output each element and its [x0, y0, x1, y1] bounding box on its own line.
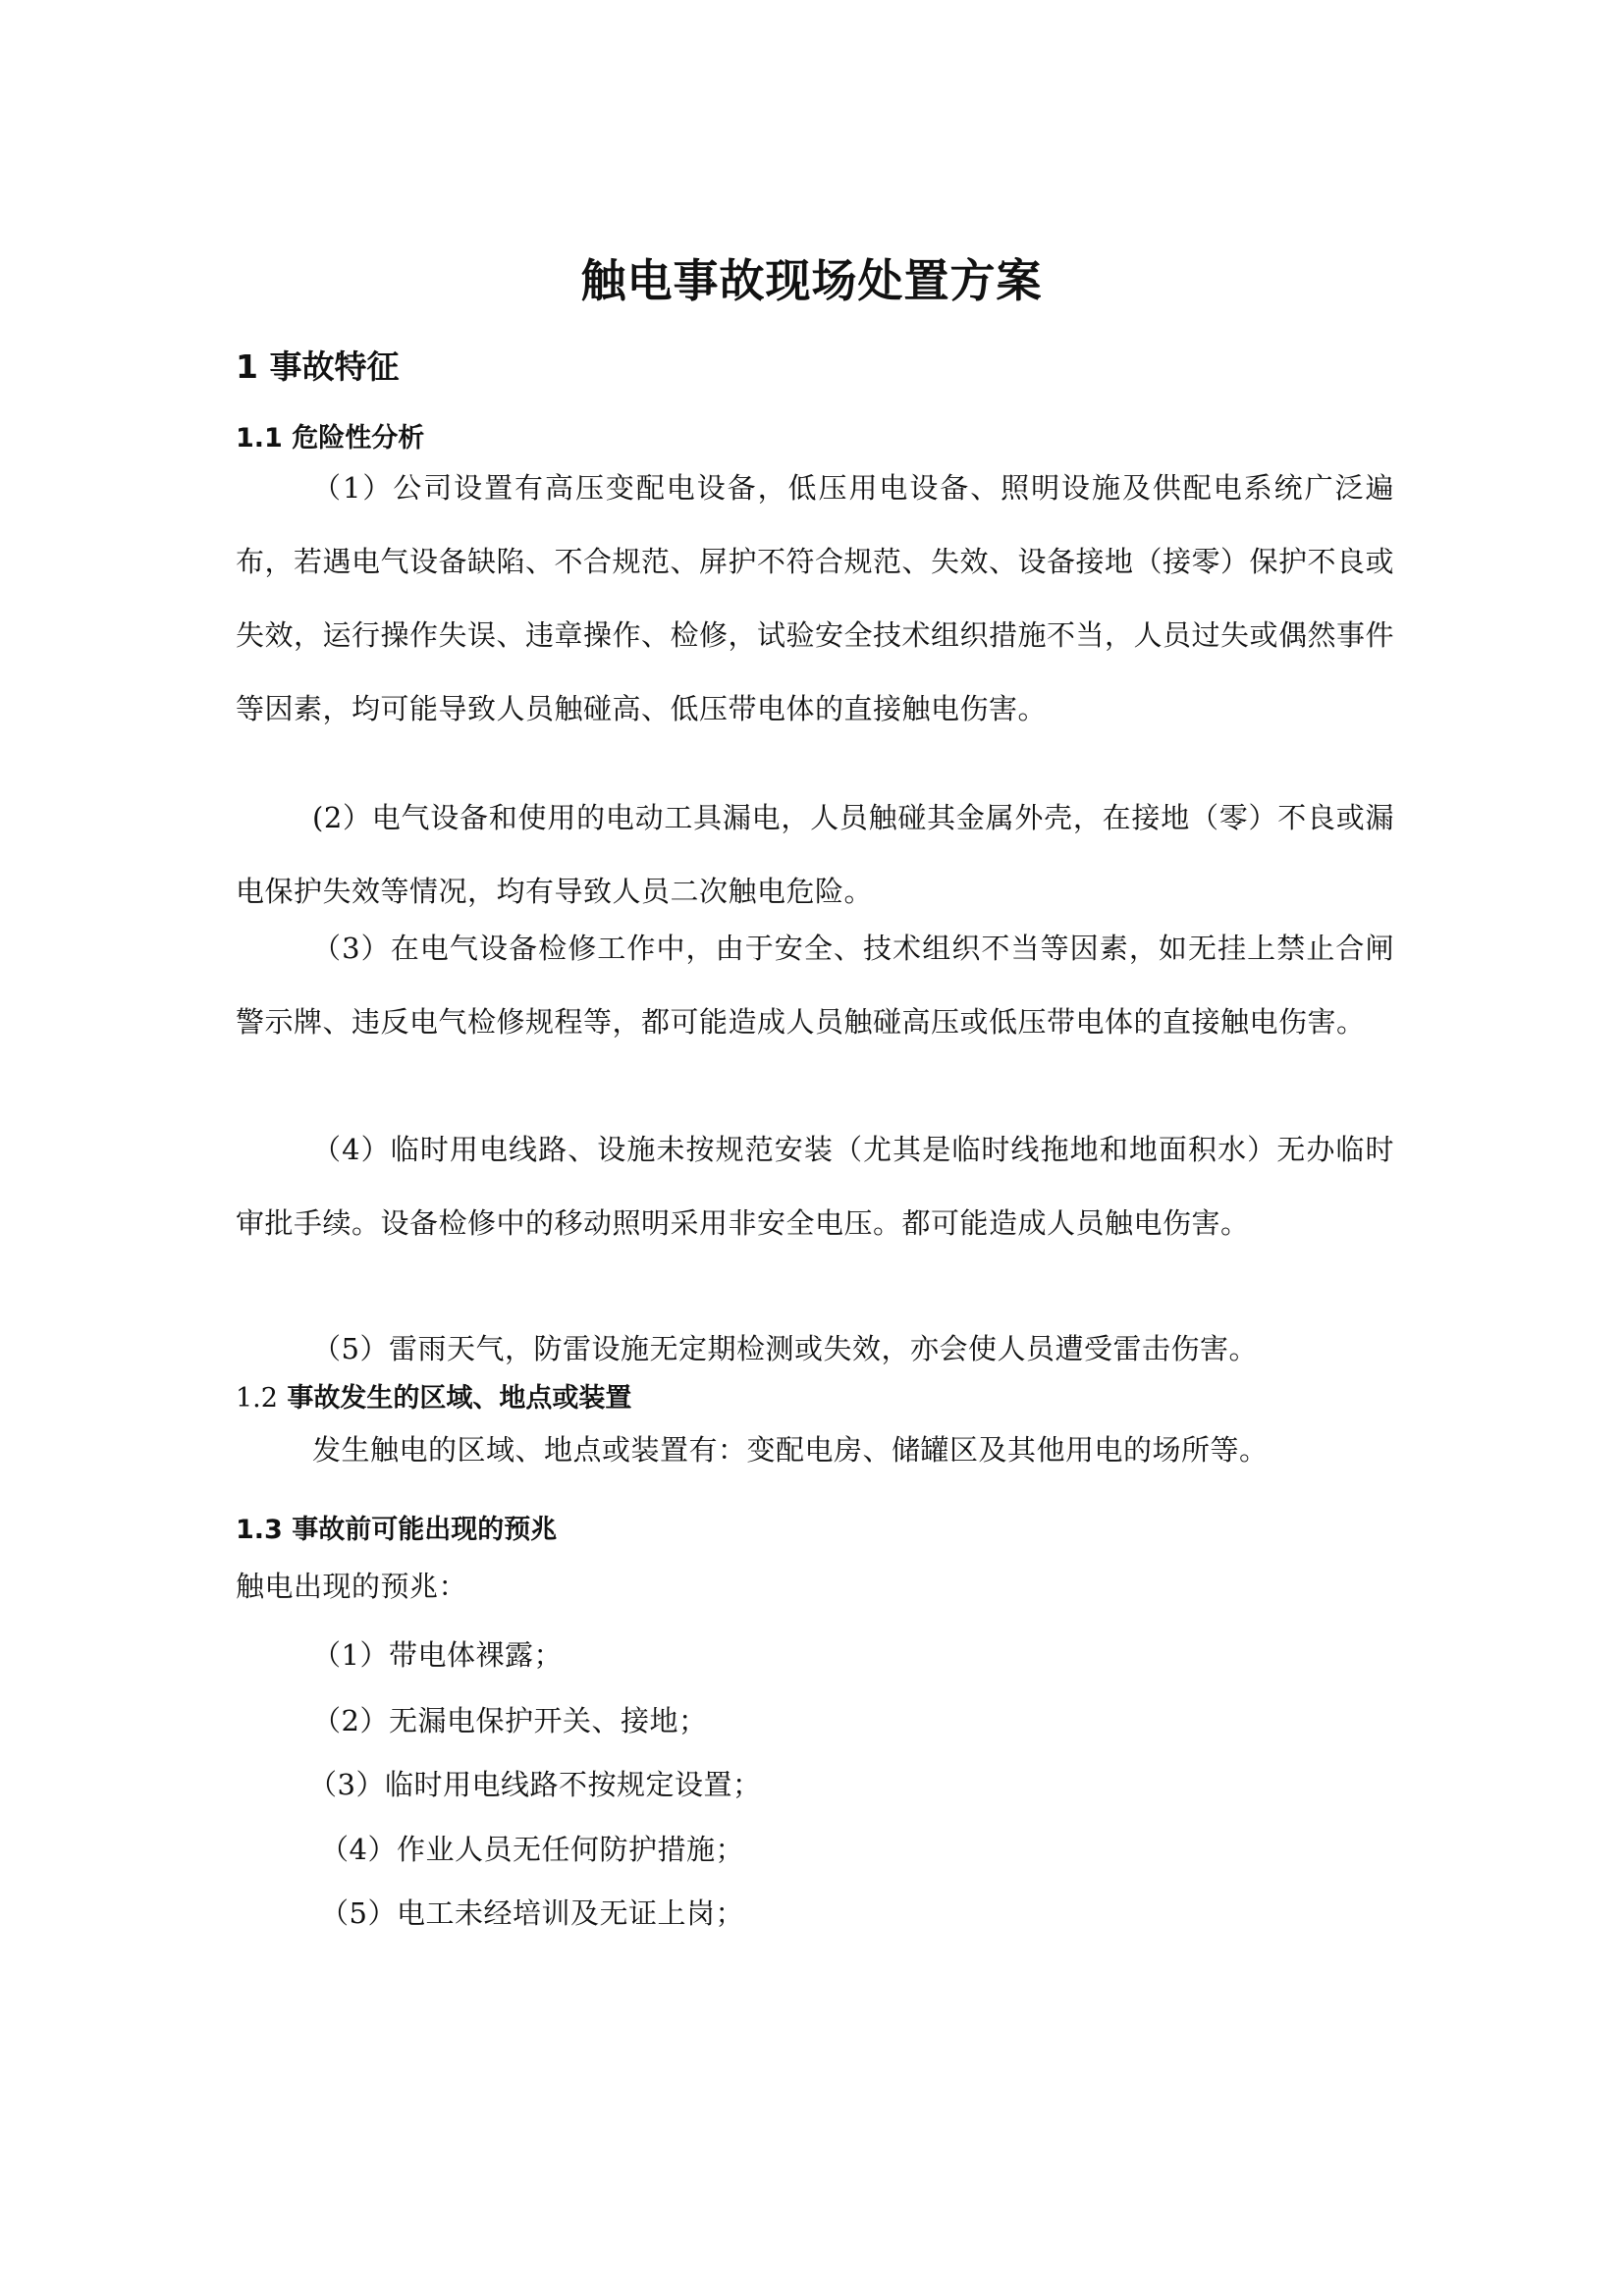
warning-sign-item-2: （2）无漏电保护开关、接地；: [312, 1699, 707, 1739]
paragraph-hazard-3: （3）在电气设备检修工作中，由于安全、技术组织不当等因素，如无挂上禁止合闸警示牌…: [236, 912, 1394, 1059]
warning-signs-intro: 触电出现的预兆：: [236, 1565, 467, 1605]
paragraph-locations: 发生触电的区域、地点或装置有：变配电房、储罐区及其他用电的场所等。: [236, 1414, 1394, 1487]
paragraph-hazard-4: （4）临时用电线路、设施未按规范安装（尤其是临时线拖地和地面积水）无办临时审批手…: [236, 1113, 1394, 1260]
paragraph-hazard-5: （5）雷雨天气，防雷设施无定期检测或失效，亦会使人员遭受雷击伤害。: [236, 1312, 1394, 1386]
paragraph-hazard-1: （1）公司设置有高压变配电设备，低压用电设备、照明设施及供配电系统广泛遍布，若遇…: [236, 452, 1394, 746]
subsection-title: 事故发生的区域、地点或装置: [287, 1383, 631, 1414]
document-title: 触电事故现场处置方案: [0, 245, 1623, 310]
subsection-number: 1.2: [236, 1383, 278, 1414]
subsection-heading-1-3: 1.3 事故前可能出现的预兆: [236, 1508, 557, 1546]
subsection-heading-1-2: 1.2 事故发生的区域、地点或装置: [236, 1376, 631, 1415]
warning-sign-item-1: （1）带电体裸露；: [312, 1633, 563, 1674]
warning-sign-item-3: （3）临时用电线路不按规定设置；: [308, 1763, 761, 1803]
section-heading-1: 1 事故特征: [236, 342, 399, 388]
warning-sign-item-5: （5）电工未经培训及无证上岗；: [320, 1892, 744, 1932]
subsection-heading-1-1: 1.1 危险性分析: [236, 416, 424, 454]
document-page: 触电事故现场处置方案 1 事故特征 1.1 危险性分析 （1）公司设置有高压变配…: [0, 0, 1623, 2296]
paragraph-hazard-2: (2）电气设备和使用的电动工具漏电，人员触碰其金属外壳，在接地（零）不良或漏电保…: [236, 781, 1394, 929]
warning-sign-item-4: （4）作业人员无任何防护措施；: [320, 1828, 744, 1868]
